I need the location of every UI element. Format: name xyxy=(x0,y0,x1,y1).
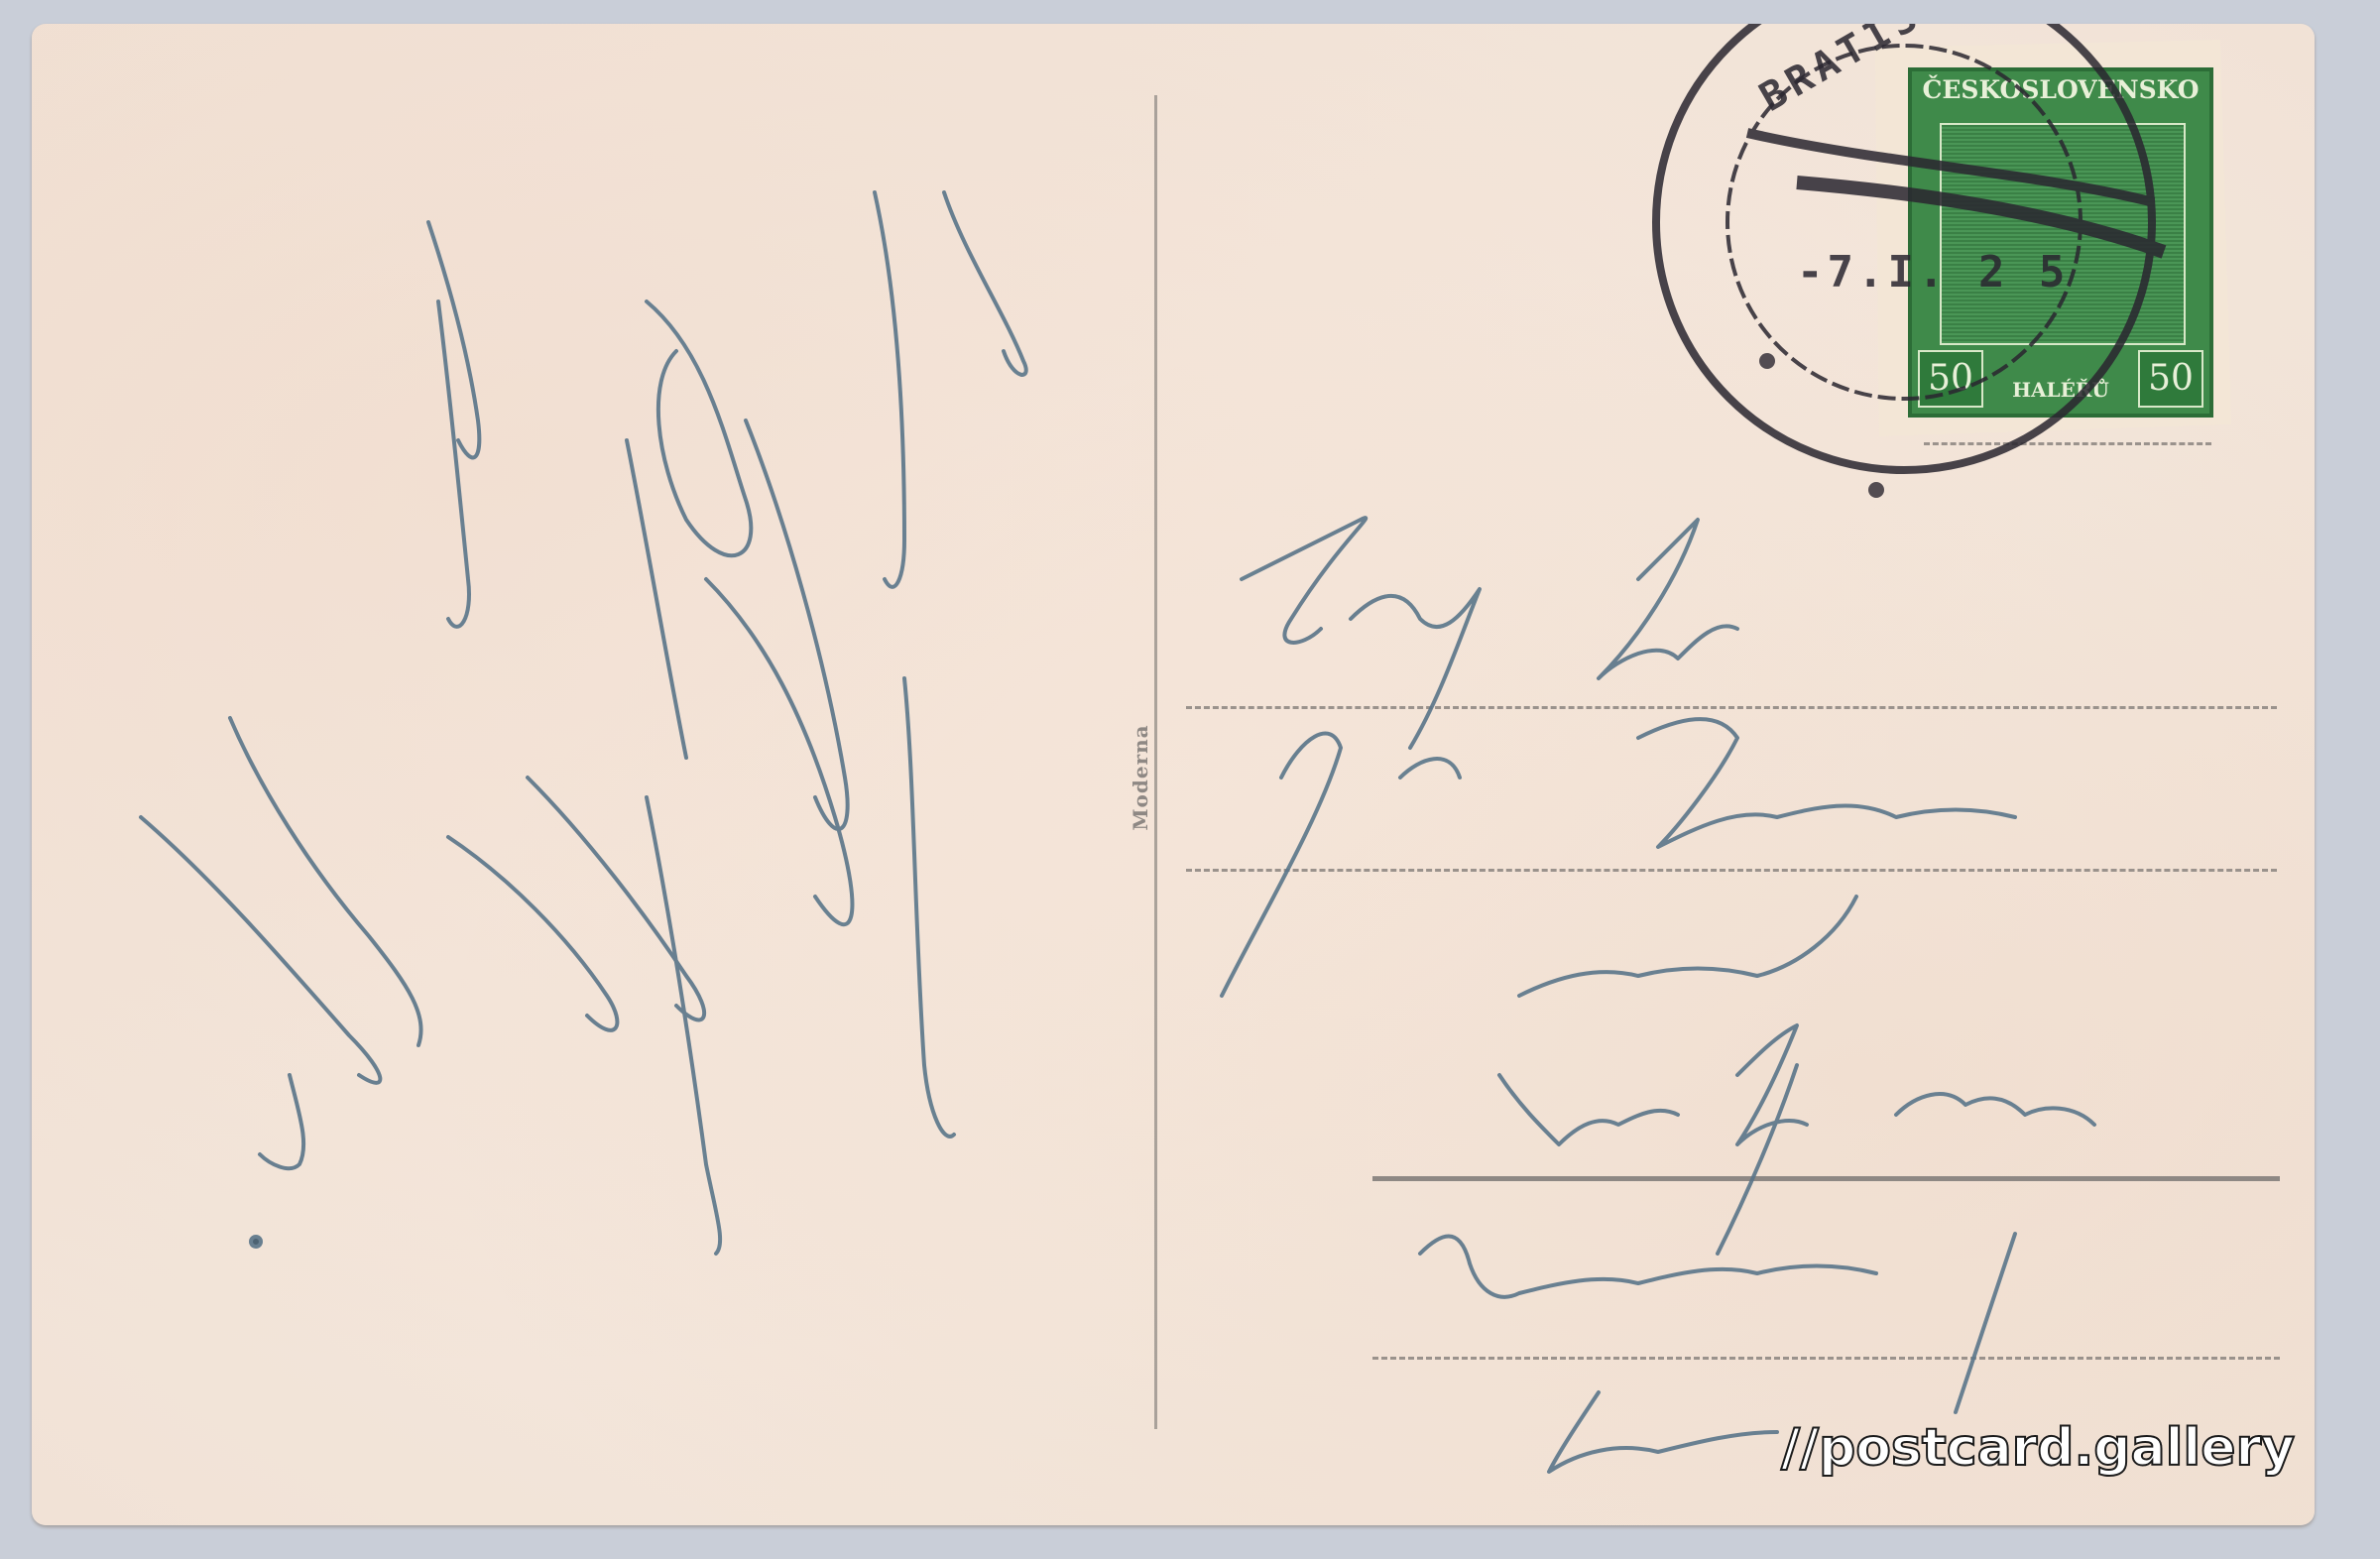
postmark-date: -7.I. 2 5 xyxy=(1797,247,2069,298)
watermark: //postcard.gallery xyxy=(1781,1418,2295,1478)
postcard: Moderna xyxy=(32,24,2315,1525)
